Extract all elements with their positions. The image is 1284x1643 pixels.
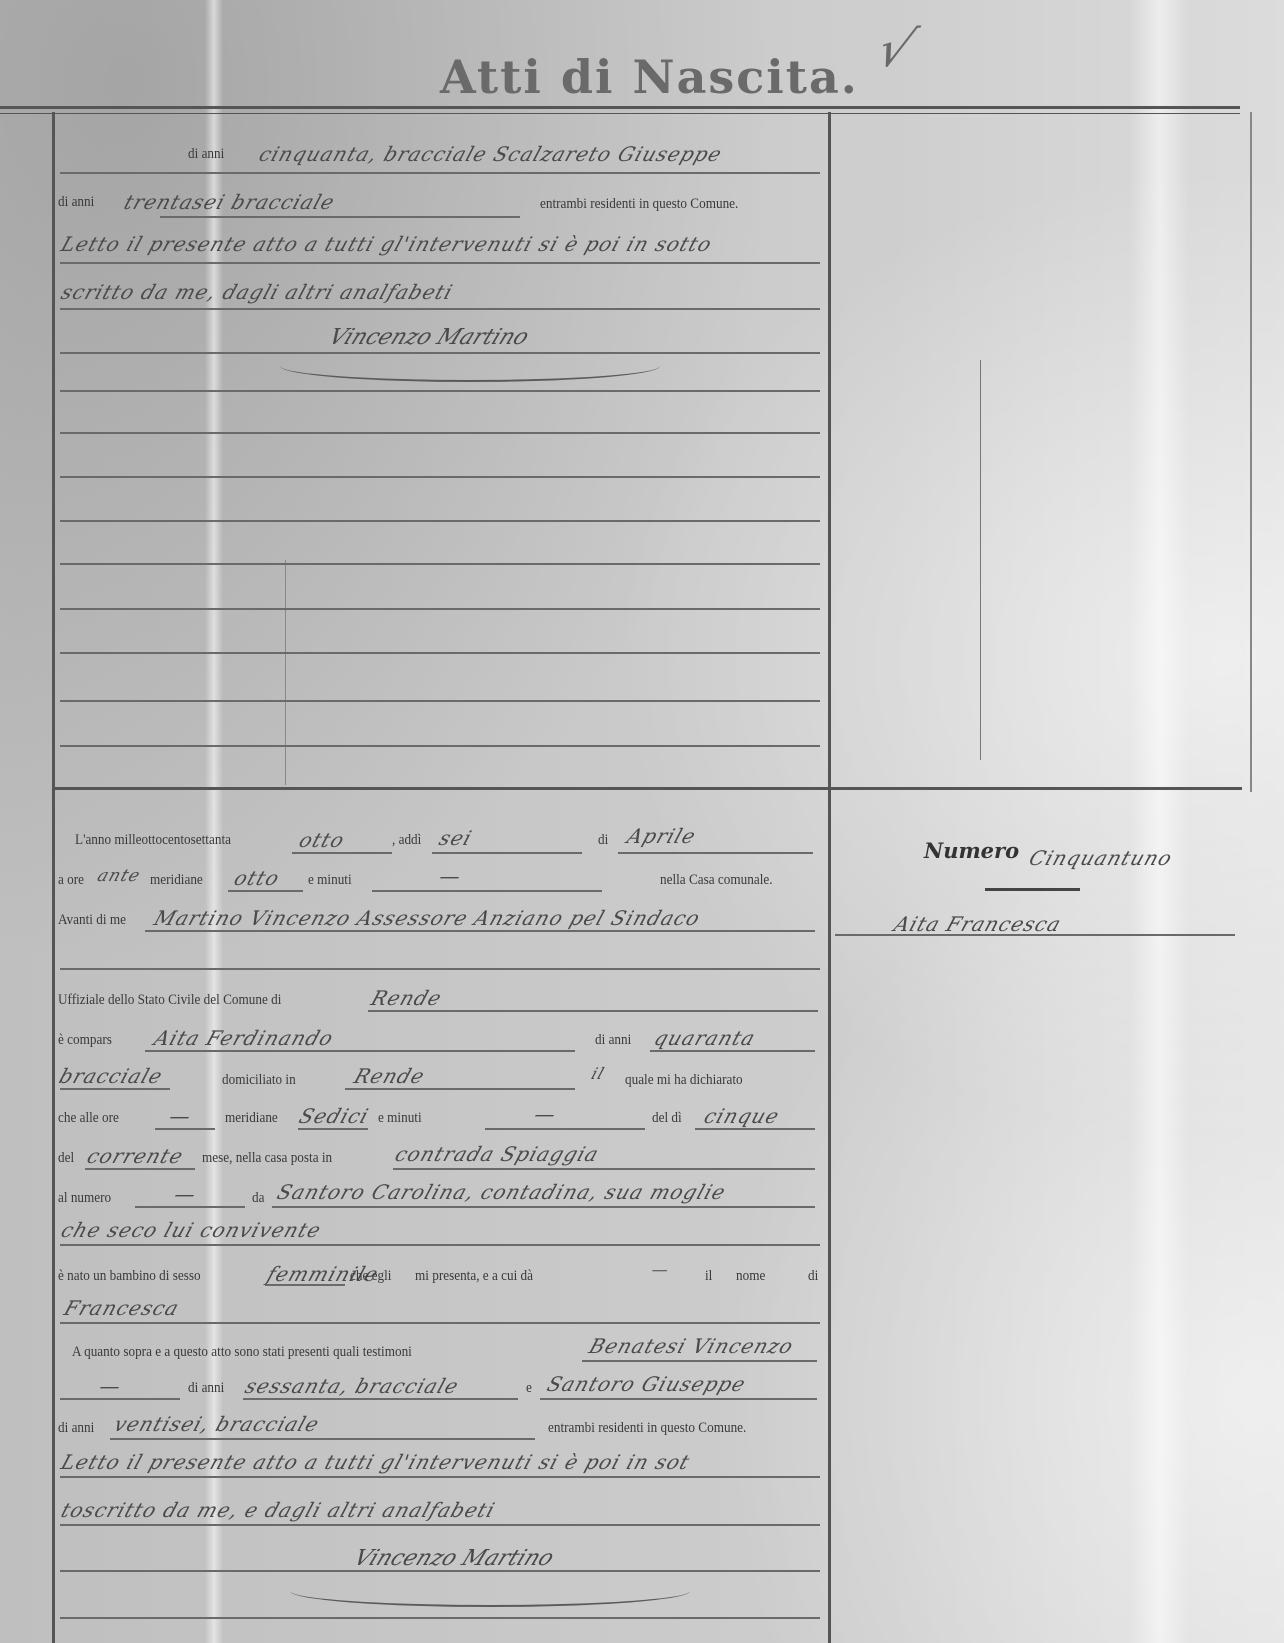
printed-label: di anni xyxy=(188,146,224,163)
signature: Vincenzo Martino xyxy=(350,1546,558,1571)
printed-label: di anni xyxy=(58,1420,94,1437)
handwritten-occupation: bracciale xyxy=(56,1064,166,1088)
handwritten-closing: toscritto da me, e dagli altri analfabet… xyxy=(58,1498,498,1522)
signature-flourish xyxy=(280,350,660,382)
printed-label: entrambi residenti in questo Comune. xyxy=(548,1420,746,1437)
printed-label: Uffiziale dello Stato Civile del Comune … xyxy=(58,992,281,1009)
printed-label: e minuti xyxy=(378,1110,422,1127)
page-title: Atti di Nascita. xyxy=(440,50,859,104)
printed-label: al numero xyxy=(58,1190,111,1207)
scan-streak xyxy=(1130,0,1190,1643)
handwritten-entry: — xyxy=(171,1182,200,1206)
handwritten-entry: che seco lui convivente xyxy=(58,1218,325,1242)
handwritten-entry: cinquanta, bracciale Scalzareto Giuseppe xyxy=(256,142,725,166)
printed-label: di anni xyxy=(595,1032,631,1049)
printed-label: di xyxy=(598,832,608,849)
handwritten-month: Aprile xyxy=(624,824,699,848)
handwritten-entry: trentasei bracciale xyxy=(121,190,338,214)
printed-label: e xyxy=(526,1380,532,1397)
printed-label: il xyxy=(705,1268,712,1285)
handwritten-minutes: — xyxy=(531,1102,560,1126)
inner-divider xyxy=(285,560,286,785)
column-divider xyxy=(828,112,831,1643)
handwritten-witness-1: Benatesi Vincenzo xyxy=(586,1334,797,1358)
printed-label: e minuti xyxy=(308,872,352,889)
handwritten-witness-1-age: sessanta, bracciale xyxy=(242,1374,462,1398)
section-separator xyxy=(52,787,1242,790)
handwritten-day: sei xyxy=(436,826,475,850)
handwritten-birth-day: cinque xyxy=(701,1104,783,1128)
handwritten-witness-2-age: ventisei, bracciale xyxy=(111,1412,323,1436)
printed-label: di xyxy=(808,1268,818,1285)
printed-label: mese, nella casa posta in xyxy=(202,1150,332,1167)
printed-label: di anni xyxy=(58,194,94,211)
handwritten-act-number: Cinquantuno xyxy=(1026,846,1176,870)
handwritten-entry: ante xyxy=(95,866,143,886)
printed-label: di anni xyxy=(188,1380,224,1397)
handwritten-age: quaranta xyxy=(651,1026,759,1050)
handwritten-entry: Letto il presente atto a tutti gl'interv… xyxy=(58,232,715,256)
printed-label: A quanto sopra e a questo atto sono stat… xyxy=(72,1344,412,1361)
printed-label: che egli xyxy=(350,1268,391,1285)
handwritten-closing: Letto il presente atto a tutti gl'interv… xyxy=(58,1450,693,1474)
printed-label: da xyxy=(252,1190,264,1207)
printed-label: del xyxy=(58,1150,74,1167)
printed-label: a ore xyxy=(58,872,84,889)
printed-label: nome xyxy=(736,1268,765,1285)
handwritten-officer: Martino Vincenzo Assessore Anziano pel S… xyxy=(151,906,704,930)
handwritten-domicile: Rende xyxy=(351,1064,428,1088)
printed-label: entrambi residenti in questo Comune. xyxy=(540,196,738,213)
printed-label: che alle ore xyxy=(58,1110,119,1127)
printed-label: del dì xyxy=(652,1110,682,1127)
handwritten-entry: scritto da me, dagli altri analfabeti xyxy=(58,280,456,304)
handwritten-birth-place: contrada Spiaggia xyxy=(392,1142,602,1166)
handwritten-entry: — xyxy=(166,1104,195,1128)
signature: Vincenzo Martino xyxy=(325,325,533,350)
printed-label: meridiane xyxy=(225,1110,278,1127)
left-frame-border xyxy=(52,112,55,1643)
handwritten-minutes: — xyxy=(436,864,465,888)
printed-label: è compars xyxy=(58,1032,112,1049)
handwritten-child-surname-name: Aita Francesca xyxy=(891,912,1065,936)
printed-label: nella Casa comunale. xyxy=(660,872,773,889)
printed-label: , addì xyxy=(392,832,421,849)
printed-label: domiciliato in xyxy=(222,1072,296,1089)
handwritten-mother: Santoro Carolina, contadina, sua moglie xyxy=(274,1180,729,1204)
handwritten-child-name: Francesca xyxy=(61,1296,182,1320)
printed-label: mi presenta, e a cui dà xyxy=(415,1268,533,1285)
handwritten-entry: — xyxy=(649,1260,672,1279)
handwritten-hour: otto xyxy=(231,866,283,890)
margin-scribble: √ xyxy=(868,20,923,78)
handwritten-comune: Rende xyxy=(368,986,445,1010)
header-rule xyxy=(0,113,1240,114)
header-rule xyxy=(0,106,1240,109)
handwritten-declarant: Aita Ferdinando xyxy=(151,1026,337,1050)
handwritten-witness-2: Santoro Giuseppe xyxy=(544,1372,749,1396)
handwritten-entry: il xyxy=(589,1064,607,1083)
handwritten-hour: Sedici xyxy=(296,1104,372,1128)
numero-label: Numero xyxy=(924,838,1019,863)
printed-label: quale mi ha dichiarato xyxy=(625,1072,743,1089)
margin-pencil-line xyxy=(980,360,981,760)
handwritten-year: otto xyxy=(296,828,348,852)
handwritten-entry: corrente xyxy=(84,1144,187,1168)
printed-label: Avanti di me xyxy=(58,912,126,929)
printed-label: L'anno milleottocentosettanta xyxy=(75,832,231,849)
signature-flourish xyxy=(290,1575,690,1607)
printed-label: è nato un bambino di sesso xyxy=(58,1268,201,1285)
right-frame-border xyxy=(1250,112,1252,792)
handwritten-entry: — xyxy=(96,1374,125,1398)
printed-label: meridiane xyxy=(150,872,203,889)
